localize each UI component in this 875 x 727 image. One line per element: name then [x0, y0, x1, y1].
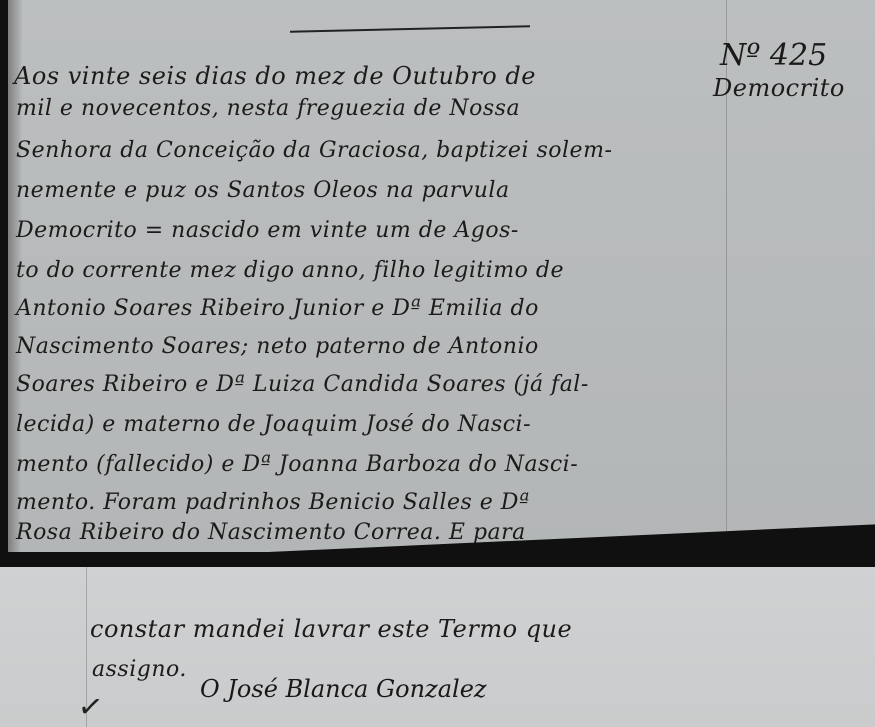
text-line-15: assigno.: [92, 657, 187, 682]
text-line-9: Soares Ribeiro e Dª Luiza Candida Soares…: [16, 372, 589, 397]
text-line-8: Nascimento Soares; neto paterno de Anton…: [16, 334, 539, 359]
text-line-2: mil e novecentos, nesta freguezia de Nos…: [16, 96, 520, 121]
record-number: Nº 425: [720, 38, 827, 73]
text-line-11: mento (fallecido) e Dª Joanna Barboza do…: [16, 452, 578, 477]
text-line-10: lecida) e materno de Joaquim José do Nas…: [16, 412, 531, 437]
document-page-upper: Nº 425 Aos vinte seis dias do mez de Out…: [8, 0, 875, 552]
text-line-7: Antonio Soares Ribeiro Junior e Dª Emili…: [16, 296, 539, 321]
text-line-6: to do corrente mez digo anno, filho legi…: [16, 258, 564, 283]
text-line-13: Rosa Ribeiro do Nascimento Correa. E par…: [16, 520, 526, 545]
document-page-lower: constar mandei lavrar este Termo que ass…: [0, 567, 875, 727]
signature: O José Blanca Gonzalez: [200, 675, 487, 703]
text-line-5: Democrito = nascido em vinte um de Agos-: [16, 218, 519, 243]
check-mark-icon: ✓: [76, 688, 106, 726]
text-line-14: constar mandei lavrar este Termo que: [90, 615, 572, 643]
margin-name: Democrito: [713, 74, 845, 102]
text-line-12: mento. Foram padrinhos Benicio Salles e …: [16, 490, 530, 515]
text-line-1: Aos vinte seis dias do mez de Outubro de: [14, 62, 536, 90]
text-line-3: Senhora da Conceição da Graciosa, baptiz…: [16, 138, 612, 163]
text-line-4: nemente e puz os Santos Oleos na parvula: [16, 178, 510, 203]
header-rule: [290, 25, 530, 32]
